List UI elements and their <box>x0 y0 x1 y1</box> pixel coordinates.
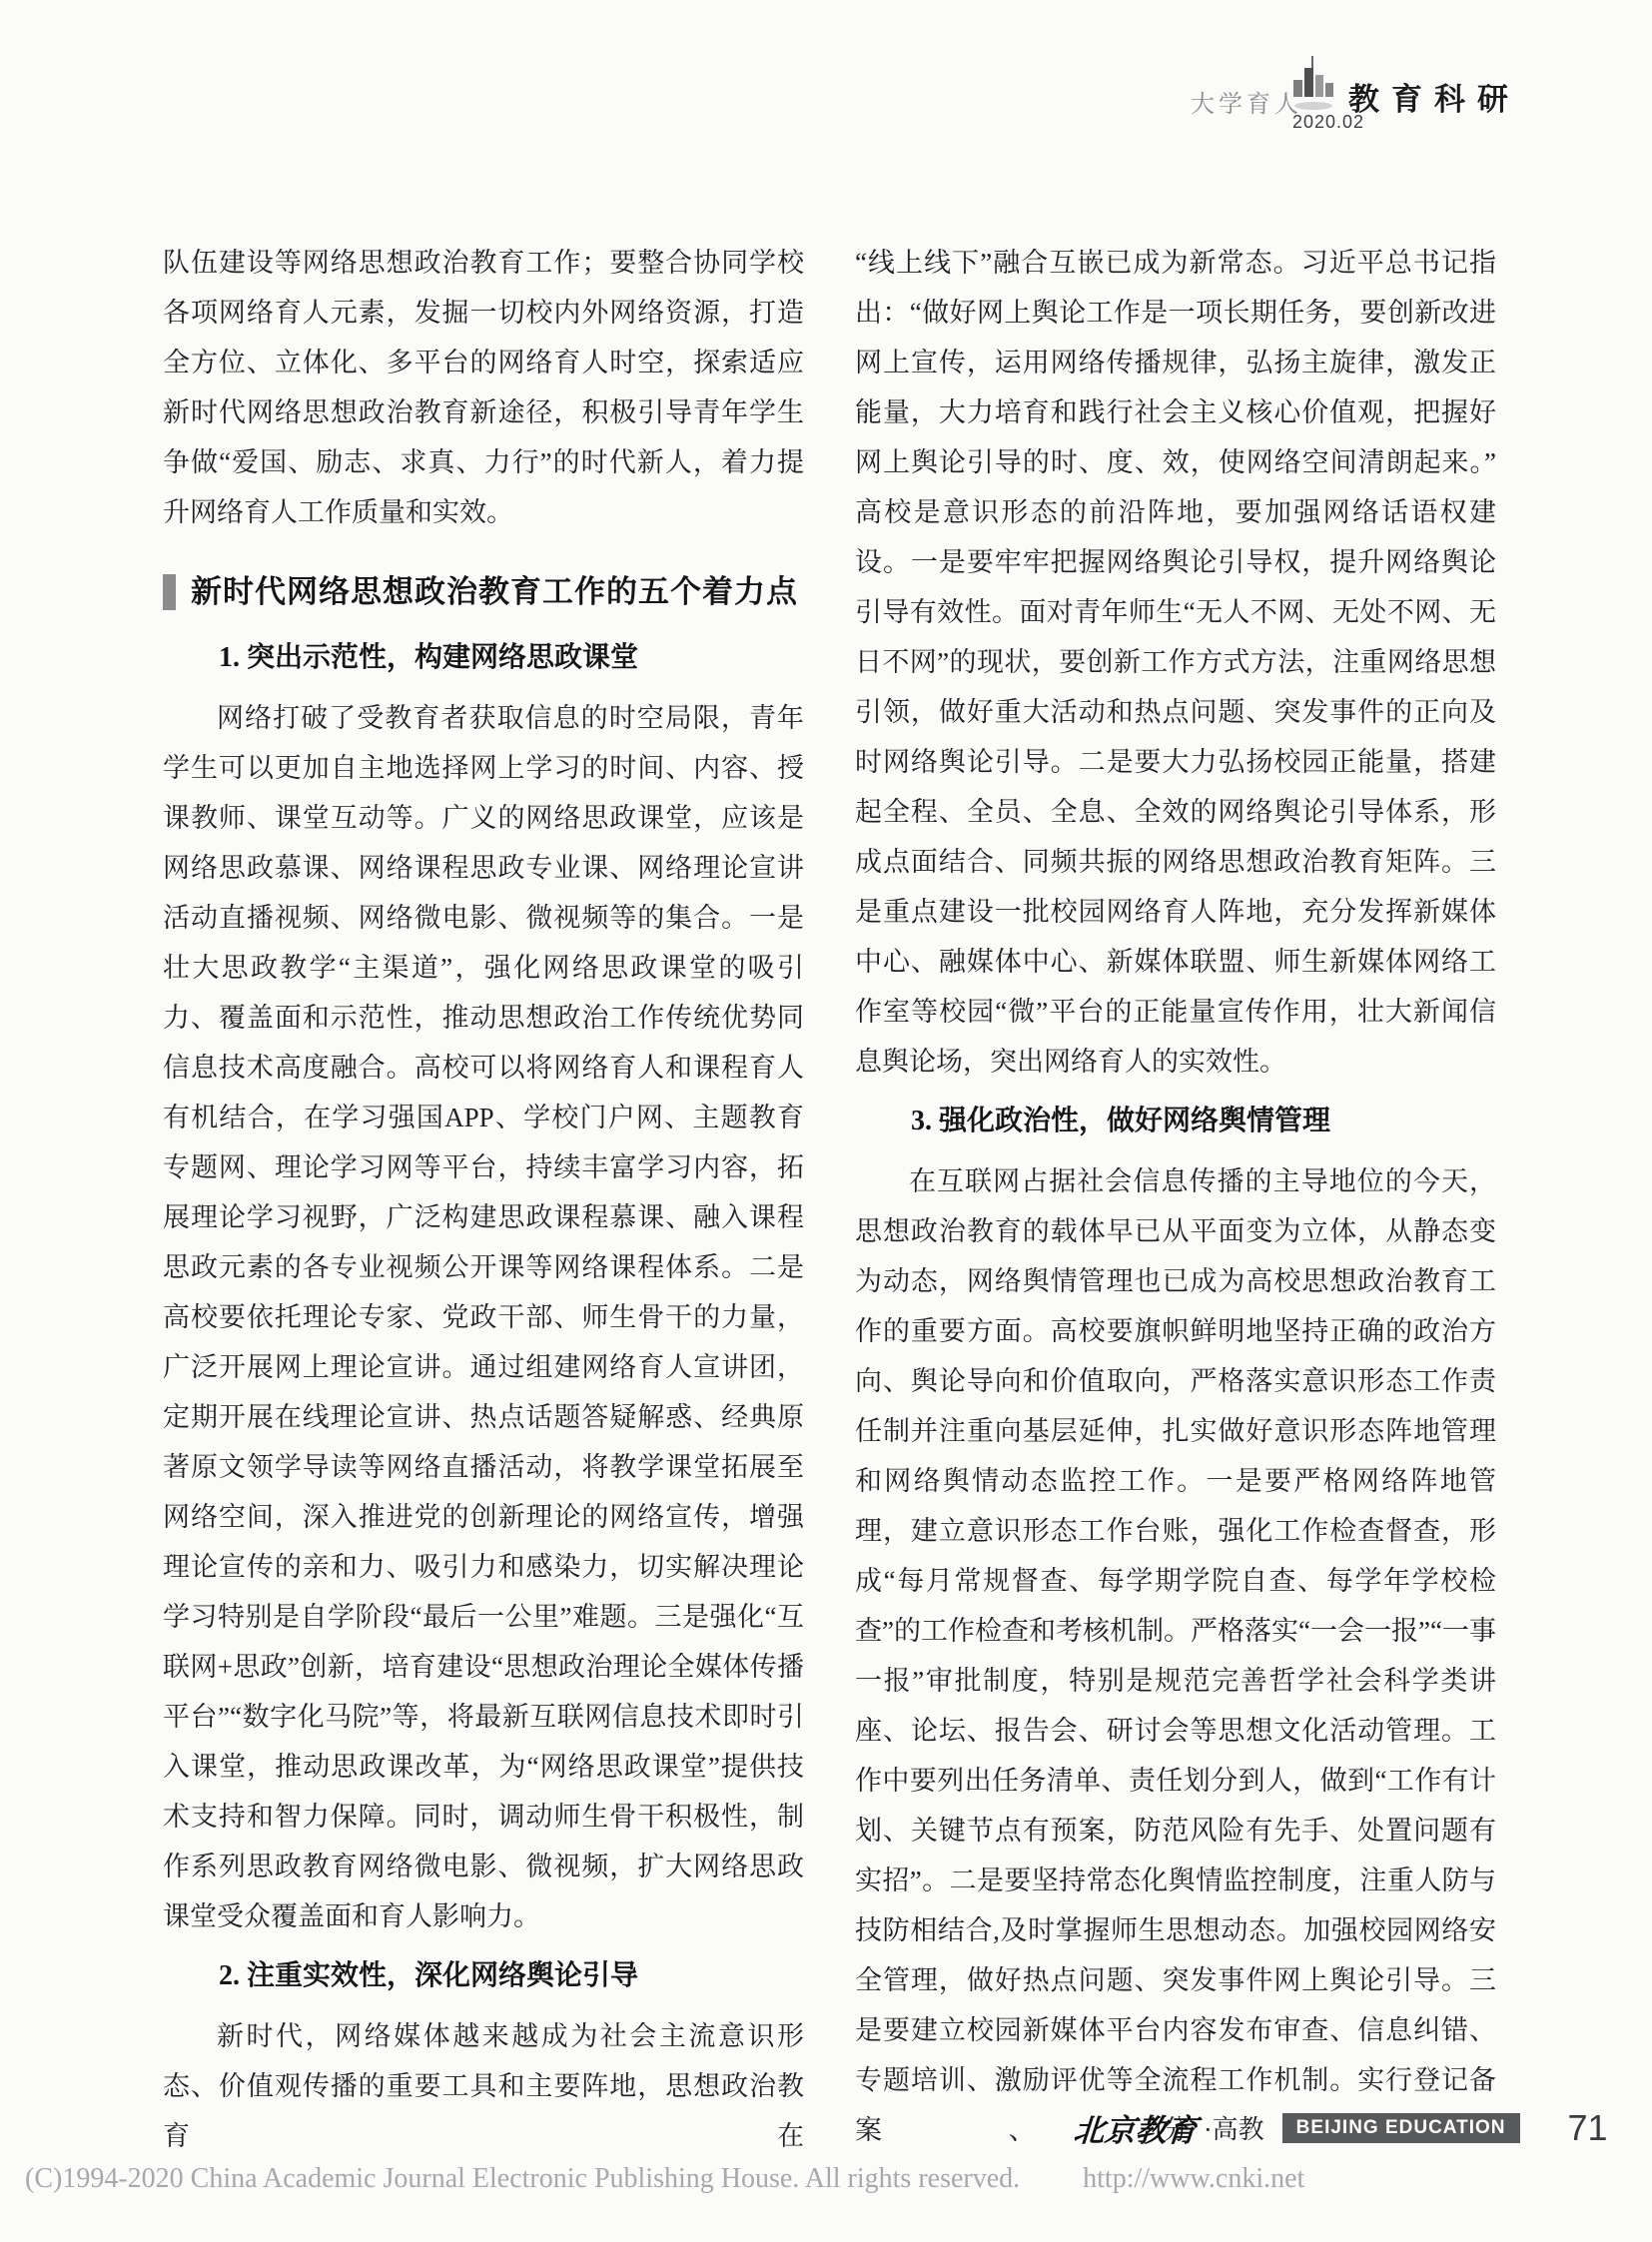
subsection2-body-start: 新时代，网络媒体越来越成为社会主流意识形态、价值观传播的重要工具和主要阵地，思想… <box>163 2011 804 2161</box>
continuation-paragraph: 队伍建设等网络思想政治教育工作；要整合协同学校各项网络育人元素，发掘一切校内外网… <box>163 238 804 537</box>
header-issue-date: 2020.02 <box>1292 112 1364 133</box>
footer-journal-logo-suffix: ·高教 <box>1204 2109 1264 2146</box>
header-section-label: 大学育人 <box>1191 84 1302 119</box>
subsection2-body-end: “线上线下”融合互嵌已成为新常态。习近平总书记指出：“做好网上舆论工作是一项长期… <box>855 238 1496 1087</box>
section-heading-text: 新时代网络思想政治教育工作的五个着力点 <box>191 567 798 617</box>
heading-marker-bar <box>163 574 176 610</box>
right-column: “线上线下”融合互嵌已成为新常态。习近平总书记指出：“做好网上舆论工作是一项长期… <box>855 238 1496 2155</box>
section-heading: 新时代网络思想政治教育工作的五个着力点 <box>163 567 804 617</box>
footer-journal-en-badge: BEIJING EDUCATION <box>1282 2113 1520 2143</box>
footer-journal-logo: 北京教育 <box>1072 2105 1199 2150</box>
header-journal-title: 教育科研 <box>1348 74 1520 119</box>
cnki-url-text: http://www.cnki.net <box>1083 2163 1304 2194</box>
page-number: 71 <box>1568 2107 1608 2149</box>
subsection3-body: 在互联网占据社会信息传播的主导地位的今天，思想政治教育的载体早已从平面变为立体，… <box>855 1156 1496 2155</box>
copyright-text: (C)1994-2020 China Academic Journal Elec… <box>25 2163 1020 2194</box>
copyright-line: (C)1994-2020 China Academic Journal Elec… <box>25 2163 1304 2195</box>
subsection1-body: 网络打破了受教育者获取信息的时空局限，青年学生可以更加自主地选择网上学习的时间、… <box>163 693 804 1941</box>
journal-logo-icon <box>1290 56 1336 119</box>
subsection3-title: 3. 强化政治性，做好网络舆情管理 <box>855 1097 1496 1146</box>
footer-journal-row: 北京教育 ·高教 BEIJING EDUCATION 71 <box>1074 2105 1608 2150</box>
left-column: 队伍建设等网络思想政治教育工作；要整合协同学校各项网络育人元素，发掘一切校内外网… <box>163 238 804 2161</box>
subsection1-title: 1. 突出示范性，构建网络思政课堂 <box>163 633 804 683</box>
subsection2-title: 2. 注重实效性，深化网络舆论引导 <box>163 1951 804 2001</box>
